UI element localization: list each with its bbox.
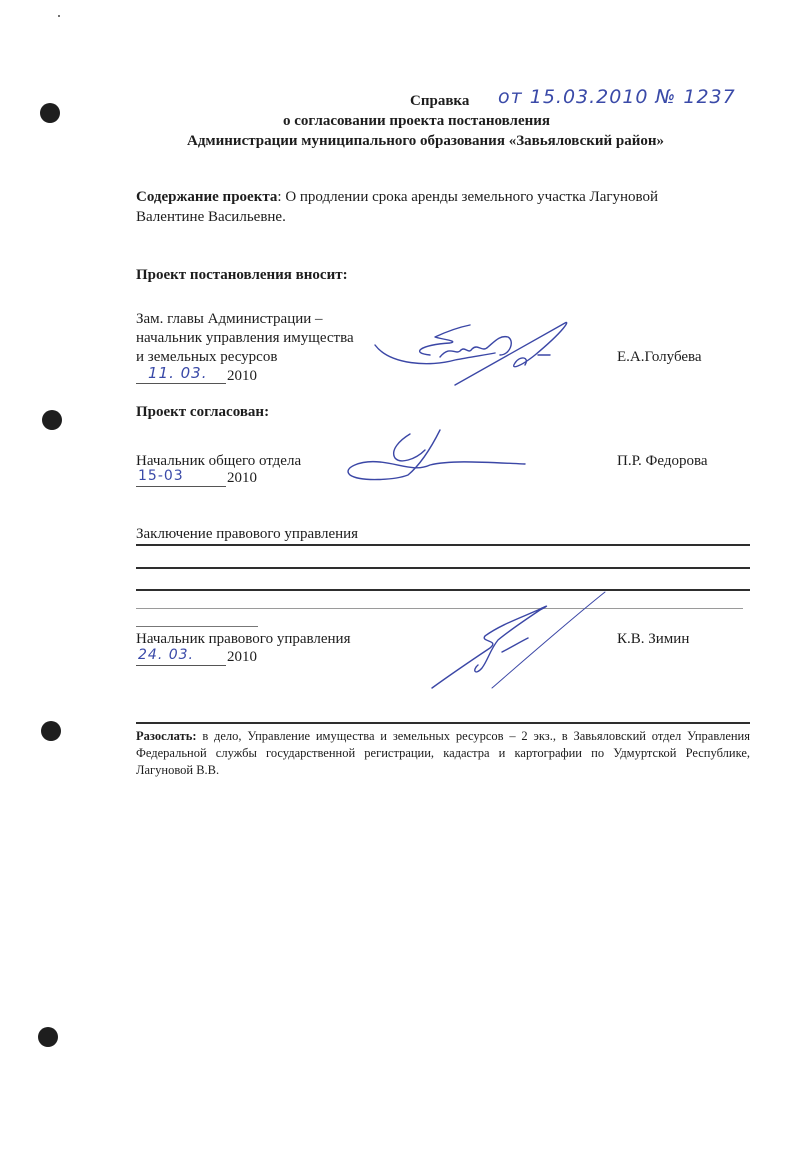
approval-heading: Проект согласован: xyxy=(136,403,269,422)
scan-speck xyxy=(58,15,60,17)
legal-signature xyxy=(420,580,620,700)
binder-hole-4 xyxy=(38,1027,58,1047)
document-subtitle-line1: о согласовании проекта постановления xyxy=(283,113,550,130)
legal-date-handwritten: 24. 03. xyxy=(138,647,194,663)
legal-heading: Заключение правового управления xyxy=(136,525,358,544)
handwritten-reference: от 15.03.2010 № 1237 xyxy=(498,86,736,108)
legal-line-1 xyxy=(136,544,750,546)
legal-year: 2010 xyxy=(227,648,257,667)
document-subtitle-line2: Администрации муниципального образования… xyxy=(187,133,664,150)
distribution-separator xyxy=(136,722,750,724)
legal-date-underline xyxy=(136,665,226,666)
distribution-list: Разослать: в дело, Управление имущества … xyxy=(136,728,750,779)
submitter-position-line1: Зам. главы Администрации – xyxy=(136,310,323,329)
approval-year: 2010 xyxy=(227,469,257,488)
project-content-label: Содержание проекта xyxy=(136,189,277,205)
submitter-signature xyxy=(360,315,580,395)
submitter-date-handwritten: 11. 03. xyxy=(148,364,207,382)
approval-name: П.Р. Федорова xyxy=(617,452,708,471)
submitter-name: Е.А.Голубева xyxy=(617,348,702,367)
binder-hole-3 xyxy=(41,721,61,741)
binder-hole-2 xyxy=(42,410,62,430)
project-content: Содержание проекта: О продлении срока ар… xyxy=(136,188,658,207)
distribution-text: в дело, Управление имущества и земельных… xyxy=(136,729,750,777)
approval-date-handwritten: 15-03 xyxy=(138,468,184,484)
project-content-text: : О продлении срока аренды земельного уч… xyxy=(277,189,658,205)
submitter-year: 2010 xyxy=(227,367,257,386)
approval-signature xyxy=(340,420,540,490)
distribution-label: Разослать: xyxy=(136,729,197,743)
legal-line-short xyxy=(136,626,258,627)
submitter-heading: Проект постановления вносит: xyxy=(136,266,348,285)
binder-hole-1 xyxy=(40,103,60,123)
submitter-position-line2: начальник управления имущества xyxy=(136,329,354,348)
document-title: Справка xyxy=(410,93,469,110)
submitter-date-underline xyxy=(136,383,226,384)
legal-name: К.В. Зимин xyxy=(617,630,689,649)
approval-date-underline xyxy=(136,486,226,487)
legal-line-2 xyxy=(136,567,750,569)
project-content-continued: Валентине Васильевне. xyxy=(136,208,286,227)
